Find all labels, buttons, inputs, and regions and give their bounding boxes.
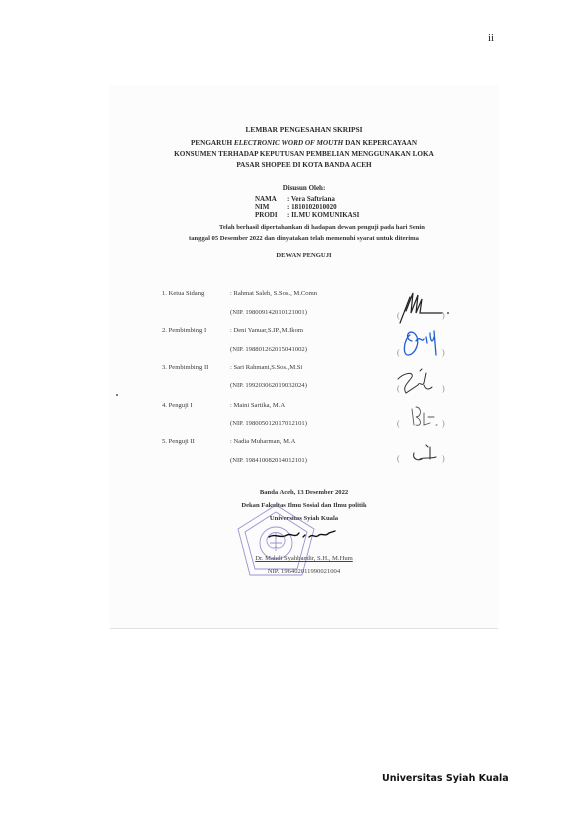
statement-line-1: Telah berhasil dipertahankan di hadapan … — [110, 224, 498, 231]
scanned-approval-sheet: LEMBAR PENGESAHAN SKRIPSI PENGARUH ELECT… — [110, 85, 498, 629]
examiner-role: 2. Pembimbing I — [162, 327, 206, 334]
dean-nip: NIP. 196402011990021004 — [110, 568, 498, 575]
examiner-name: : Nadia Muharman, M.A — [230, 438, 295, 445]
author-prodi-row: PRODI: ILMU KOMUNIKASI — [255, 211, 359, 219]
examiner-nip: (NIP. 198410082014012101) — [230, 457, 307, 464]
signature-examiner-1 — [396, 291, 456, 325]
thesis-title-line-2: KONSUMEN TERHADAP KEPUTUSAN PEMBELIAN ME… — [110, 150, 498, 158]
place-date: Banda Aceh, 13 Desember 2022 — [110, 489, 498, 496]
signature-bracket-open: ( — [397, 419, 400, 428]
examiner-name: : Maini Sartika, M.A — [230, 402, 285, 409]
author-nim-row: NIM: 1810102010020 — [255, 203, 337, 211]
examiner-nip: (NIP. 198801262015041002) — [230, 346, 307, 353]
examiner-role: 1. Ketua Sidang — [162, 290, 204, 297]
thesis-title-line-3: PASAR SHOPEE DI KOTA BANDA ACEH — [110, 161, 498, 169]
page-number: ii — [488, 32, 494, 44]
footer-university: Universitas Syiah Kuala — [382, 773, 509, 784]
signature-examiner-4 — [406, 403, 446, 433]
signature-bracket-open: ( — [397, 454, 400, 463]
examiner-name: : Rahmat Saleh, S.Sos., M.Comn — [230, 290, 317, 297]
dean-name: Dr. Mahdi Syahbandir, S.H., M.Hum — [110, 555, 498, 562]
examiner-role: 4. Penguji I — [162, 402, 193, 409]
examiner-nip: (NIP. 199203062019032024) — [230, 382, 307, 389]
examiner-nip: (NIP. 198009142010121001) — [230, 309, 307, 316]
scan-speck — [116, 394, 118, 396]
examiner-role: 5. Penguji II — [162, 438, 195, 445]
signature-examiner-5 — [408, 443, 442, 467]
signature-examiner-2 — [400, 325, 444, 367]
examiner-nip: (NIP. 198005012017012101) — [230, 420, 307, 427]
board-heading: DEWAN PENGUJI — [110, 252, 498, 259]
author-name-row: NAMA: Vera Saftriana — [255, 195, 335, 203]
prepared-by-label: Disusun Oleh: — [110, 184, 498, 192]
signature-bracket-close: ) — [442, 454, 445, 463]
document-heading: LEMBAR PENGESAHAN SKRIPSI — [110, 125, 498, 134]
examiner-role: 3. Pembimbing II — [162, 364, 208, 371]
statement-line-2: tanggal 05 Desember 2022 dan dinyatakan … — [110, 235, 498, 242]
examiner-name: : Deni Yanuar,S.IP.,M.Ikom — [230, 327, 303, 334]
signature-examiner-3 — [394, 367, 444, 397]
thesis-title-line-1: PENGARUH ELECTRONIC WORD OF MOUTH DAN KE… — [110, 139, 498, 147]
dean-signature — [265, 525, 345, 543]
examiner-name: : Sari Rahmani,S.Sos.,M.Si — [230, 364, 302, 371]
